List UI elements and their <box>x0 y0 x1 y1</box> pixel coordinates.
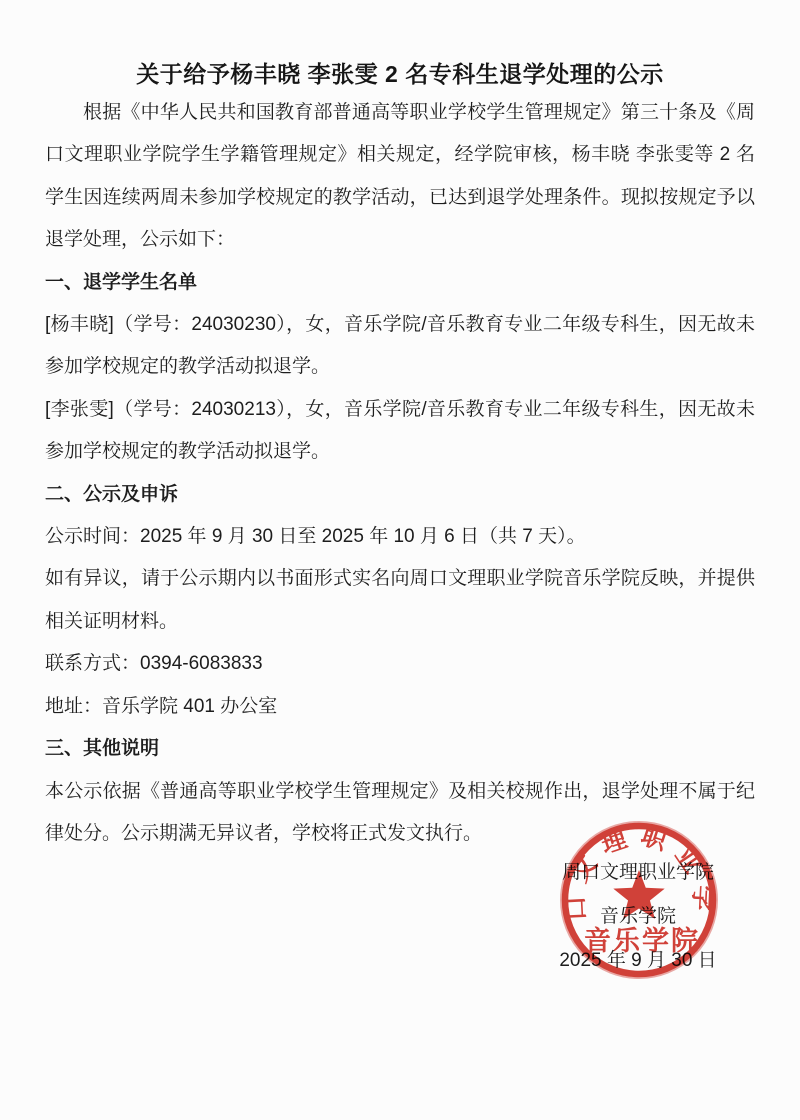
paragraph-student-1: [杨丰晓]（学号：24030230），女，音乐学院/音乐教育专业二年级专科生，因… <box>45 304 755 389</box>
notice-document-page: 关于给予杨丰晓 李张雯 2 名专科生退学处理的公示 根据《中华人民共和国教育部普… <box>0 0 800 1120</box>
section-heading-student-list: 一、退学学生名单 <box>45 262 755 304</box>
section-heading-other-notes: 三、其他说明 <box>45 728 755 770</box>
paragraph-other-notes: 本公示依据《普通高等职业学校学生管理规定》及相关校规作出，退学处理不属于纪律处分… <box>45 771 755 856</box>
section-heading-publicity-appeal: 二、公示及申诉 <box>45 474 755 516</box>
signature-block: 周口文理职业学院 音乐学院 2025 年 9 月 30 日 <box>518 851 758 983</box>
signature-org: 周口文理职业学院 <box>518 851 758 895</box>
paragraph-basis: 根据《中华人民共和国教育部普通高等职业学校学生管理规定》第三十条及《周口文理职业… <box>45 92 755 262</box>
paragraph-publicity-period: 公示时间：2025 年 9 月 30 日至 2025 年 10 月 6 日（共 … <box>45 516 755 558</box>
paragraph-address: 地址：音乐学院 401 办公室 <box>45 686 755 728</box>
paragraph-objection: 如有异议，请于公示期内以书面形式实名向周口文理职业学院音乐学院反映，并提供相关证… <box>45 558 755 643</box>
page-title: 关于给予杨丰晓 李张雯 2 名专科生退学处理的公示 <box>0 0 800 96</box>
signature-dept: 音乐学院 <box>518 895 758 939</box>
document-body: 根据《中华人民共和国教育部普通高等职业学校学生管理规定》第三十条及《周口文理职业… <box>45 92 755 855</box>
paragraph-student-2: [李张雯]（学号：24030213），女，音乐学院/音乐教育专业二年级专科生，因… <box>45 389 755 474</box>
paragraph-contact-phone: 联系方式：0394-6083833 <box>45 643 755 685</box>
signature-date: 2025 年 9 月 30 日 <box>518 939 758 983</box>
